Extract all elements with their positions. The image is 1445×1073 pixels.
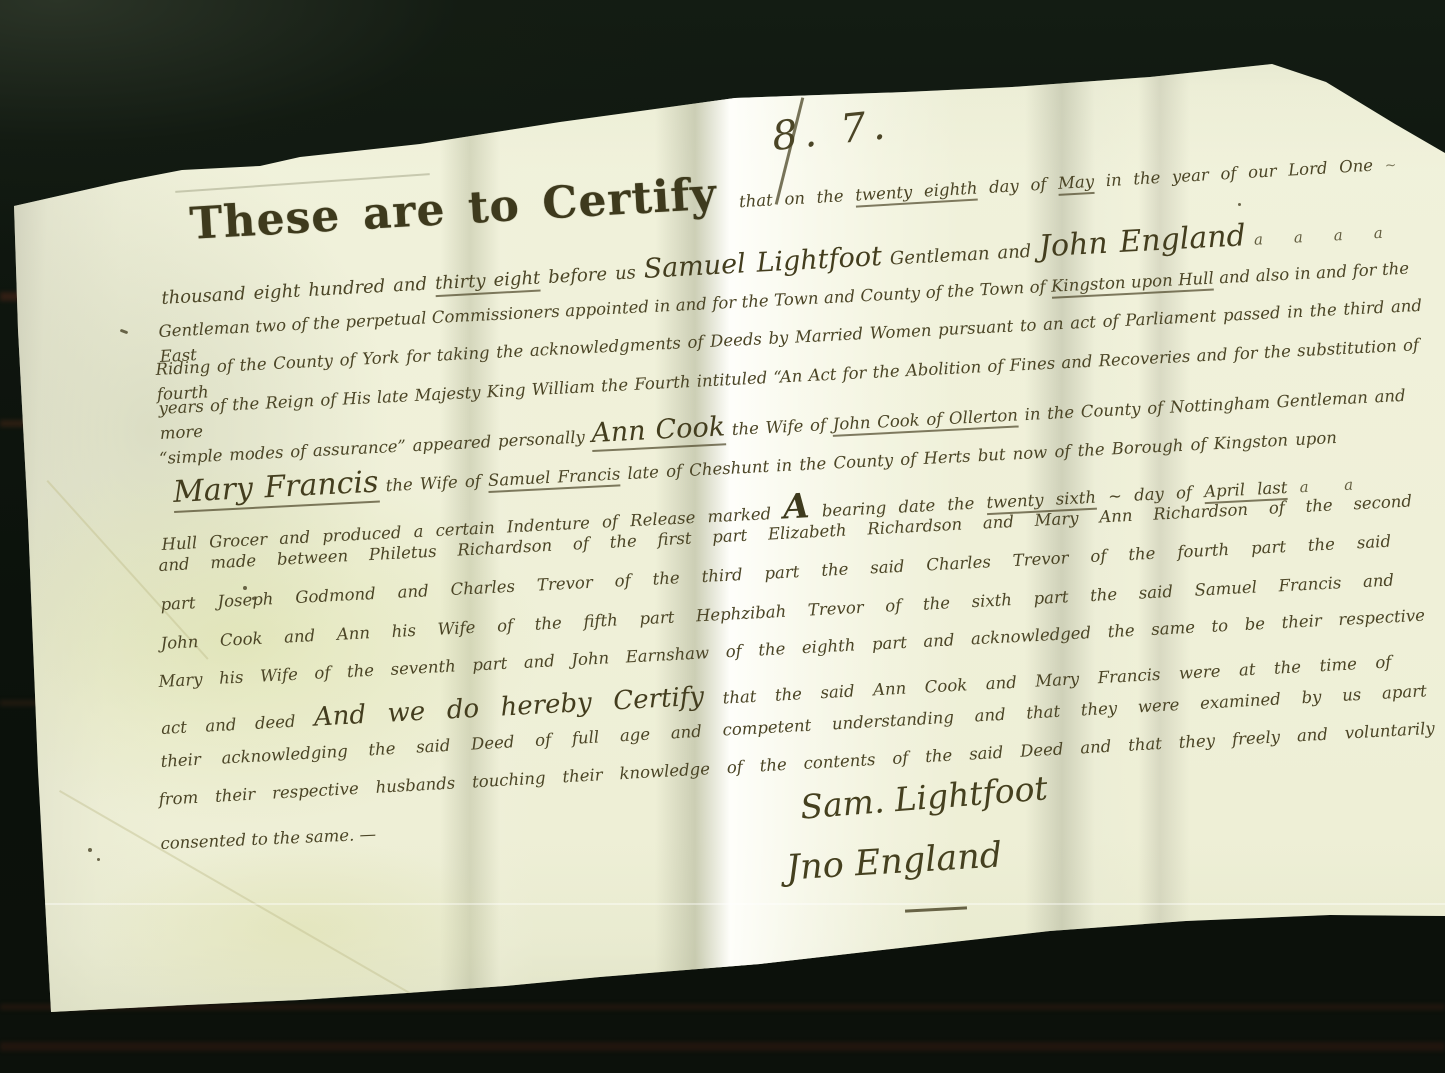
scan-noise-streak xyxy=(0,1042,1445,1051)
ink-speck xyxy=(88,848,92,852)
ink-speck xyxy=(120,329,129,335)
signature-samuel-lightfoot: Sam. Lightfoot xyxy=(799,768,1049,826)
text-segment: Gentleman and xyxy=(889,241,1031,270)
commissioner-name: Samuel Lightfoot xyxy=(643,241,883,285)
flourish: a a a a xyxy=(1253,223,1395,249)
text-segment: in the year of our Lord One xyxy=(1105,156,1373,190)
text-segment: the Wife of xyxy=(731,415,826,439)
scanline-artifact xyxy=(40,903,1445,905)
underlined-year-text: thirty eight xyxy=(434,267,540,297)
text-segment: consented to the same. — xyxy=(160,825,376,853)
fold-crease xyxy=(59,790,432,1007)
underlined-date-text: twenty eighth xyxy=(855,179,978,208)
text-segment: thousand eight hundred and xyxy=(161,274,428,309)
ink-speck xyxy=(1238,203,1241,206)
text-segment: act and deed xyxy=(161,712,296,738)
commissioner-name: John England xyxy=(1038,218,1247,264)
underlined-month: May xyxy=(1058,172,1095,196)
text-segment: before us xyxy=(548,262,637,288)
scan-noise-streak xyxy=(0,1004,1445,1010)
scanned-document-photo: 8. 7. These are to Certify that on the t… xyxy=(0,0,1445,1073)
ink-speck xyxy=(97,858,100,861)
text-segment: the Wife of xyxy=(385,471,481,495)
underlined-party: Samuel Francis xyxy=(488,464,621,493)
text-segment: day of xyxy=(988,175,1046,197)
parchment-sheet: 8. 7. These are to Certify that on the t… xyxy=(0,0,1445,1073)
text-segment: that on the xyxy=(739,186,845,211)
signature-john-england: Jno England xyxy=(785,835,1003,888)
document-line: consented to the same. — xyxy=(160,823,377,857)
signature-underline xyxy=(905,906,967,912)
gothic-heading: These are to Certify xyxy=(188,168,728,250)
flourish: ~ xyxy=(1384,157,1397,174)
underlined-place: Kingston upon Hull xyxy=(1051,269,1215,299)
